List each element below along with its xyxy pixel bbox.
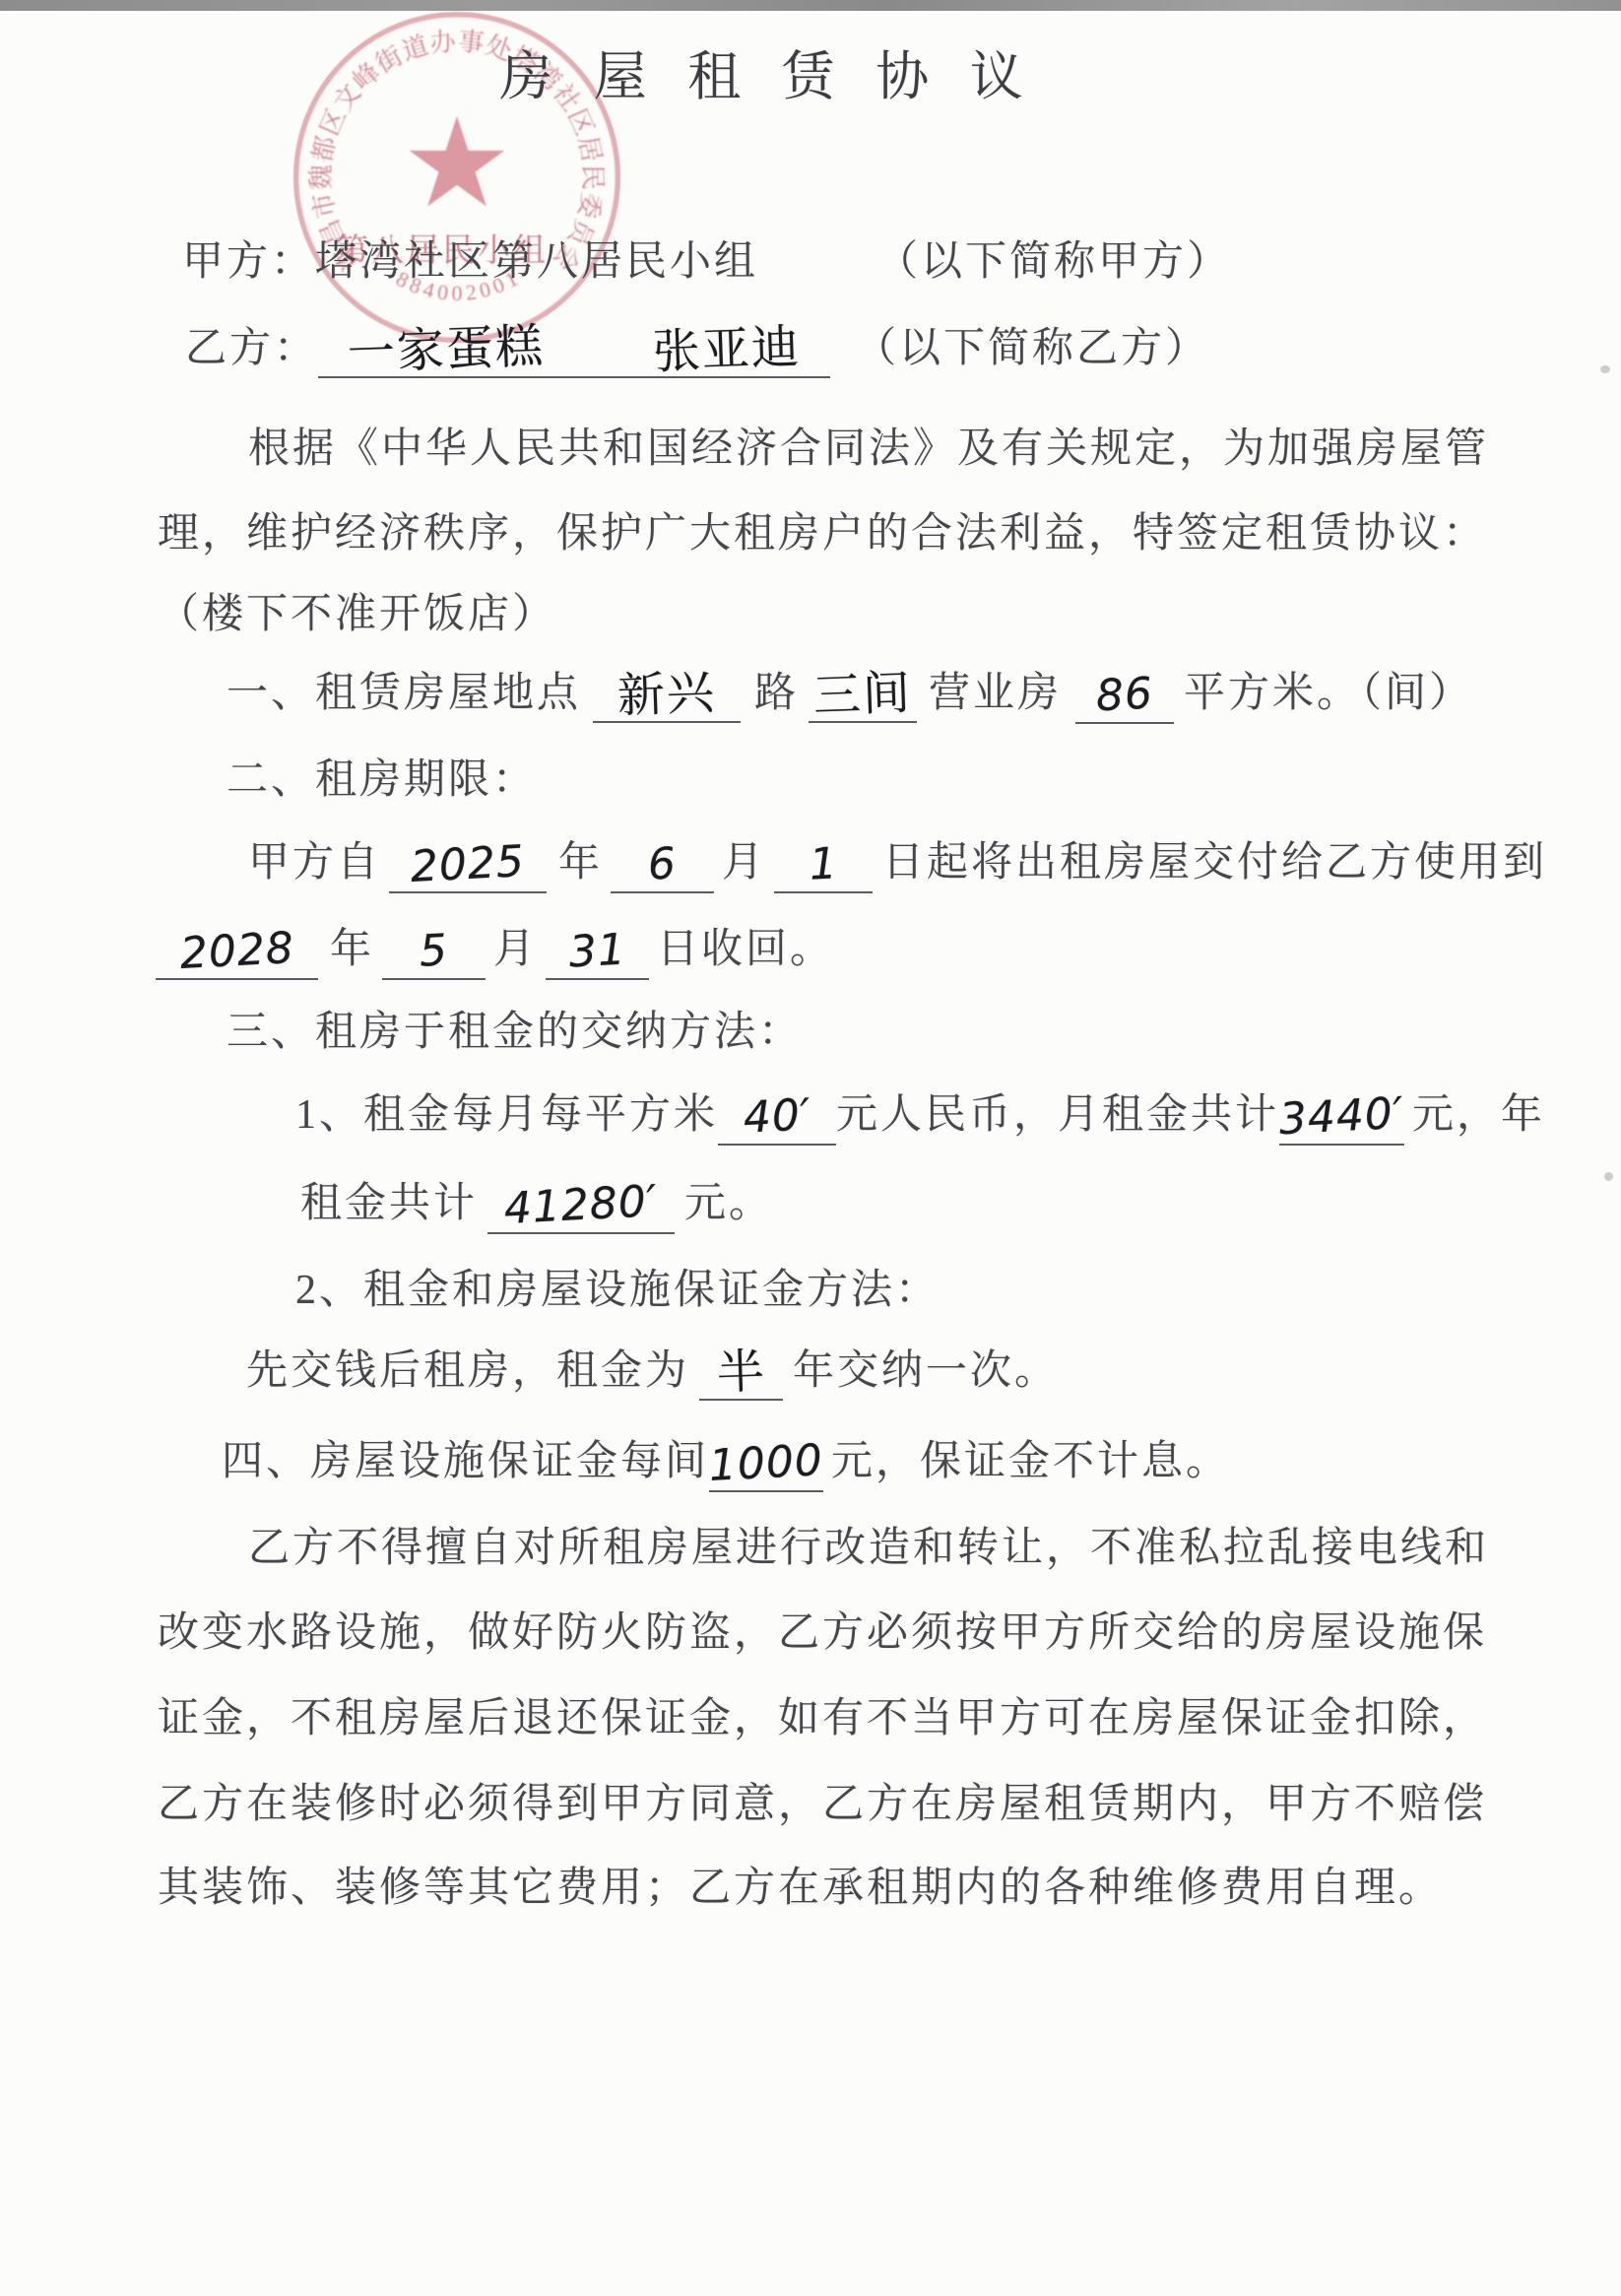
- stamp-ring-char: 市: [304, 188, 340, 224]
- rate-mid: 元人民币，月租金共计: [836, 1092, 1279, 1138]
- scanner-edge-strip: [0, 0, 1621, 11]
- clause-2-line-1: 甲方自2025年6月1日起将出租房屋交付给乙方使用到: [248, 837, 1547, 893]
- monthly-total-blank: 3440′: [1279, 1094, 1404, 1146]
- note-line: （楼下不准开饭店）: [158, 589, 556, 640]
- clause-1-prefix: 一、租赁房屋地点: [227, 671, 581, 716]
- annual-total-handwritten: 41280′: [503, 1176, 659, 1235]
- year-label-2: 年: [330, 927, 374, 972]
- start-month-handwritten: 6: [647, 838, 679, 890]
- month-label-2: 月: [493, 927, 538, 972]
- party-a-name: 塔湾社区第八居民小组: [315, 239, 758, 285]
- stamp-ring-char: 委: [574, 188, 610, 224]
- clause-2-line-2-suffix: 日收回。: [657, 927, 834, 972]
- pay-period-prefix: 先交钱后租房，租金为: [246, 1348, 689, 1394]
- street-name-blank: 新兴: [593, 672, 741, 723]
- monthly-total-handwritten: 3440′: [1278, 1088, 1406, 1147]
- pay-period-handwritten: 半: [716, 1346, 767, 1400]
- party-b-label: 乙方：: [185, 326, 318, 371]
- clause-3-item-2-heading: 2、租金和房屋设施保证金方法：: [295, 1265, 940, 1316]
- end-day-blank: 31: [546, 929, 649, 980]
- stamp-ring-char: 民: [580, 163, 610, 192]
- rate-suffix: 元，年: [1412, 1092, 1545, 1138]
- preamble-line-2: 理，维护经济秩序，保护广大租房户的合法利益，特签定租赁协议：: [158, 508, 1487, 559]
- party-b-blank: 一家蛋糕张亚迪: [318, 327, 830, 378]
- start-year-handwritten: 2025: [410, 836, 527, 893]
- start-day-blank: 1: [774, 842, 873, 893]
- pay-period-suffix: 年交纳一次。: [793, 1348, 1059, 1394]
- clause-1-road-label: 路: [754, 671, 799, 716]
- stamp-ring-char: 居: [574, 131, 610, 166]
- deposit-handwritten: 1000: [708, 1435, 825, 1492]
- closing-line-3: 证金，不租房屋后退还保证金，如有不当甲方可在房屋保证金扣除，: [158, 1693, 1487, 1744]
- party-b-line: 乙方：一家蛋糕张亚迪（以下简称乙方）: [185, 323, 1209, 378]
- start-year-blank: 2025: [389, 842, 547, 893]
- clause-3-heading: 三、租房于租金的交纳方法：: [227, 1007, 803, 1058]
- clause-3-item-2-line: 先交钱后租房，租金为半年交纳一次。: [246, 1345, 1059, 1401]
- clause-2-prefix: 甲方自: [248, 840, 381, 886]
- rate-prefix: 1、租金每月每平方米: [295, 1092, 718, 1138]
- end-year-blank: 2028: [156, 929, 318, 980]
- closing-line-4: 乙方在装修时必须得到甲方同意，乙方在房屋租赁期内，甲方不赔偿: [158, 1779, 1487, 1830]
- party-b-name-handwritten: 张亚迪: [652, 322, 802, 378]
- area-handwritten: 86: [1095, 669, 1155, 723]
- end-day-handwritten: 31: [567, 925, 627, 979]
- clause-3-item-1-line-2: 租金共计41280′元。: [300, 1178, 773, 1234]
- party-a-label: 甲方：: [182, 239, 315, 285]
- party-b-shop-handwritten: 一家蛋糕: [347, 322, 546, 380]
- stamp-ring-char: 都: [304, 131, 340, 166]
- closing-line-1: 乙方不得擅自对所租房屋进行改造和转让，不准私拉乱接电线和: [248, 1523, 1489, 1574]
- area-blank: 86: [1075, 673, 1174, 724]
- closing-line-5: 其装饰、装修等其它费用；乙方在承租期内的各种维修费用自理。: [158, 1863, 1443, 1914]
- end-month-blank: 5: [382, 929, 486, 980]
- clause-2-heading: 二、租房期限：: [227, 754, 537, 806]
- rate-blank: 40′: [718, 1094, 836, 1146]
- end-month-handwritten: 5: [419, 925, 450, 977]
- pay-period-blank: 半: [699, 1349, 783, 1401]
- street-name-handwritten: 新兴: [616, 668, 717, 722]
- deposit-prefix: 四、房屋设施保证金每间: [222, 1439, 709, 1484]
- deposit-blank: 1000: [709, 1441, 823, 1492]
- scan-artifact-dot: [1600, 365, 1610, 373]
- closing-line-2: 改变水路设施，做好防火防盗，乙方必须按甲方所交给的房屋设施保: [158, 1607, 1487, 1659]
- clause-4-line: 四、房屋设施保证金每间1000元，保证金不计息。: [222, 1436, 1230, 1492]
- rate-handwritten: 40′: [742, 1089, 812, 1145]
- deposit-suffix: 元，保证金不计息。: [831, 1439, 1230, 1484]
- room-count-handwritten: 三间: [812, 668, 913, 722]
- clause-3-item-1-line-1: 1、租金每月每平方米40′元人民币，月租金共计3440′元，年: [295, 1089, 1545, 1146]
- party-b-suffix: （以下简称乙方）: [855, 326, 1209, 371]
- star-icon: ★: [402, 101, 513, 226]
- clause-1-line: 一、租赁房屋地点新兴路三间营业房86平方米。（间）: [227, 668, 1473, 724]
- annual-total-blank: 41280′: [487, 1183, 675, 1234]
- clause-1-suffix: 平方米。（间）: [1184, 671, 1473, 716]
- scan-artifact-dot: [1604, 1172, 1613, 1181]
- year-label: 年: [558, 840, 603, 886]
- preamble-line-1: 根据《中华人民共和国经济合同法》及有关规定，为加强房屋管: [248, 424, 1489, 475]
- end-year-handwritten: 2028: [178, 923, 295, 980]
- start-month-blank: 6: [611, 842, 714, 893]
- party-a-line: 甲方：塔湾社区第八居民小组（以下简称甲方）: [182, 236, 1231, 288]
- start-day-handwritten: 1: [808, 838, 839, 890]
- stamp-ring-char: 区: [563, 101, 603, 141]
- clause-2-line-2: 2028年5月31日收回。: [156, 924, 834, 980]
- stamp-ring-char: 区: [311, 101, 351, 141]
- party-a-suffix: （以下简称甲方）: [876, 239, 1231, 285]
- room-count-blank: 三间: [809, 672, 917, 723]
- document-title: 房 屋 租 赁 协 议: [158, 51, 1379, 102]
- month-label: 月: [722, 840, 766, 886]
- annual-total-prefix: 租金共计: [300, 1181, 478, 1226]
- annual-total-suffix: 元。: [684, 1181, 773, 1226]
- clause-2-line-1-suffix: 日起将出租房屋交付给乙方使用到: [882, 840, 1547, 886]
- clause-1-premises-label: 营业房: [929, 671, 1062, 716]
- stamp-ring-char: 魏: [304, 163, 334, 192]
- scanned-rental-agreement-page: 许昌市魏都区文峰街道办事处塔湾社区居民委员会 ★ 第八居民小组 10020048…: [0, 0, 1621, 2296]
